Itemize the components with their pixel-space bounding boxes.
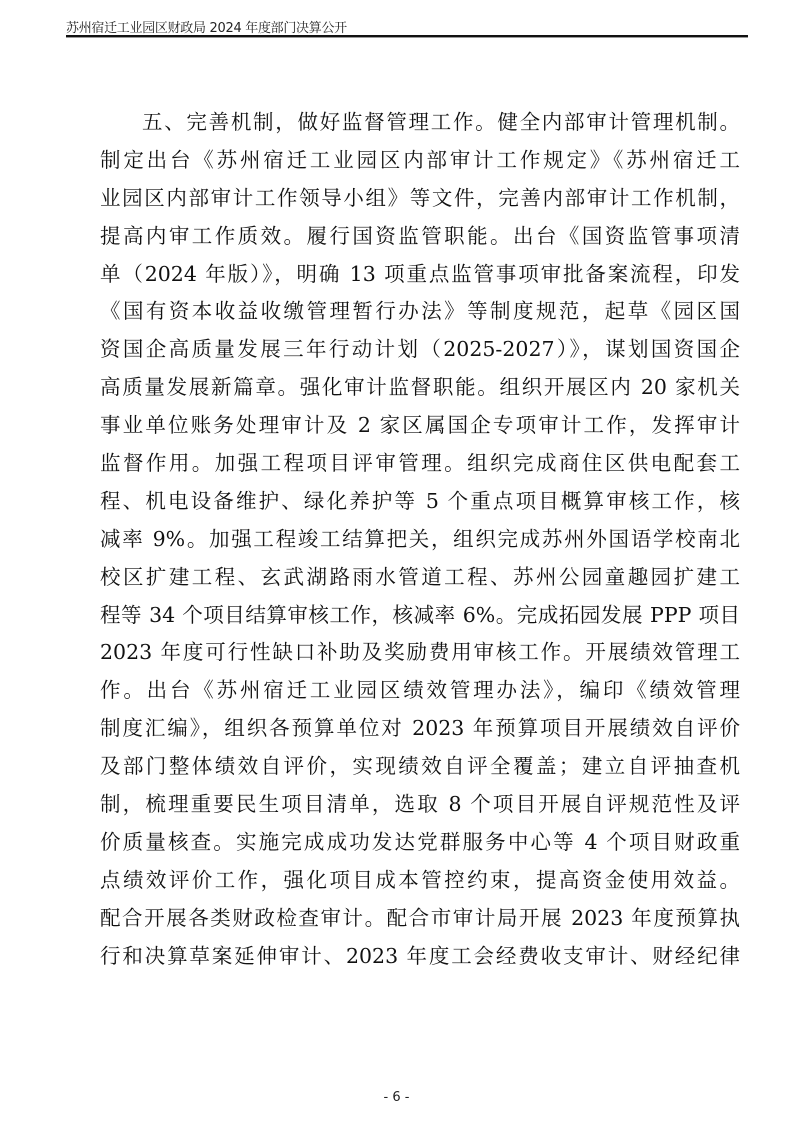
text-line: 校区扩建工程、玄武湖路雨水管道工程、苏州公园童趣园扩建工 <box>100 559 740 597</box>
body-paragraph: 五、完善机制，做好监督管理工作。健全内部审计管理机制。 制定出台《苏州宿迁工业园… <box>100 104 740 975</box>
text-line: 单（2024 年版）》，明确 13 项重点监管事项审批备案流程，印发 <box>100 256 740 294</box>
text-line: 及部门整体绩效自评价，实现绩效自评全覆盖；建立自评抽查机 <box>100 748 740 786</box>
text-line: 行和决算草案延伸审计、2023 年度工会经费收支审计、财经纪律 <box>100 938 740 976</box>
page-number: - 6 - <box>0 1090 793 1105</box>
text-line: 程、机电设备维护、绿化养护等 5 个重点项目概算审核工作，核 <box>100 483 740 521</box>
header-divider <box>66 35 748 38</box>
text-line: 《国有资本收益收缴管理暂行办法》等制度规范，起草《园区国 <box>100 293 740 331</box>
text-line: 五、完善机制，做好监督管理工作。健全内部审计管理机制。 <box>100 104 740 142</box>
text-line: 资国企高质量发展三年行动计划（2025-2027）》，谋划国资国企 <box>100 331 740 369</box>
text-line: 业园区内部审计工作领导小组》等文件，完善内部审计工作机制， <box>100 180 740 218</box>
text-line: 程等 34 个项目结算审核工作，核减率 6%。完成拓园发展 PPP 项目 <box>100 597 740 635</box>
text-line: 作。出台《苏州宿迁工业园区绩效管理办法》，编印《绩效管理 <box>100 672 740 710</box>
text-line: 提高内审工作质效。履行国资监管职能。出台《国资监管事项清 <box>100 218 740 256</box>
text-line: 2023 年度可行性缺口补助及奖励费用审核工作。开展绩效管理工 <box>100 634 740 672</box>
text-line: 事业单位账务处理审计及 2 家区属国企专项审计工作，发挥审计 <box>100 407 740 445</box>
text-line: 点绩效评价工作，强化项目成本管控约束，提高资金使用效益。 <box>100 862 740 900</box>
text-line: 制，梳理重要民生项目清单，选取 8 个项目开展自评规范性及评 <box>100 786 740 824</box>
text-line: 制度汇编》，组织各预算单位对 2023 年预算项目开展绩效自评价 <box>100 710 740 748</box>
page-header: 苏州宿迁工业园区财政局 2024 年度部门决算公开 <box>66 10 748 38</box>
text-line: 减率 9%。加强工程竣工结算把关，组织完成苏州外国语学校南北 <box>100 521 740 559</box>
document-title: 苏州宿迁工业园区财政局 2024 年度部门决算公开 <box>66 17 347 36</box>
text-line: 价质量核查。实施完成成功发达党群服务中心等 4 个项目财政重 <box>100 824 740 862</box>
text-line: 高质量发展新篇章。强化审计监督职能。组织开展区内 20 家机关 <box>100 369 740 407</box>
text-line: 监督作用。加强工程项目评审管理。组织完成商住区供电配套工 <box>100 445 740 483</box>
text-line: 配合开展各类财政检查审计。配合市审计局开展 2023 年度预算执 <box>100 900 740 938</box>
text-line: 制定出台《苏州宿迁工业园区内部审计工作规定》《苏州宿迁工 <box>100 142 740 180</box>
